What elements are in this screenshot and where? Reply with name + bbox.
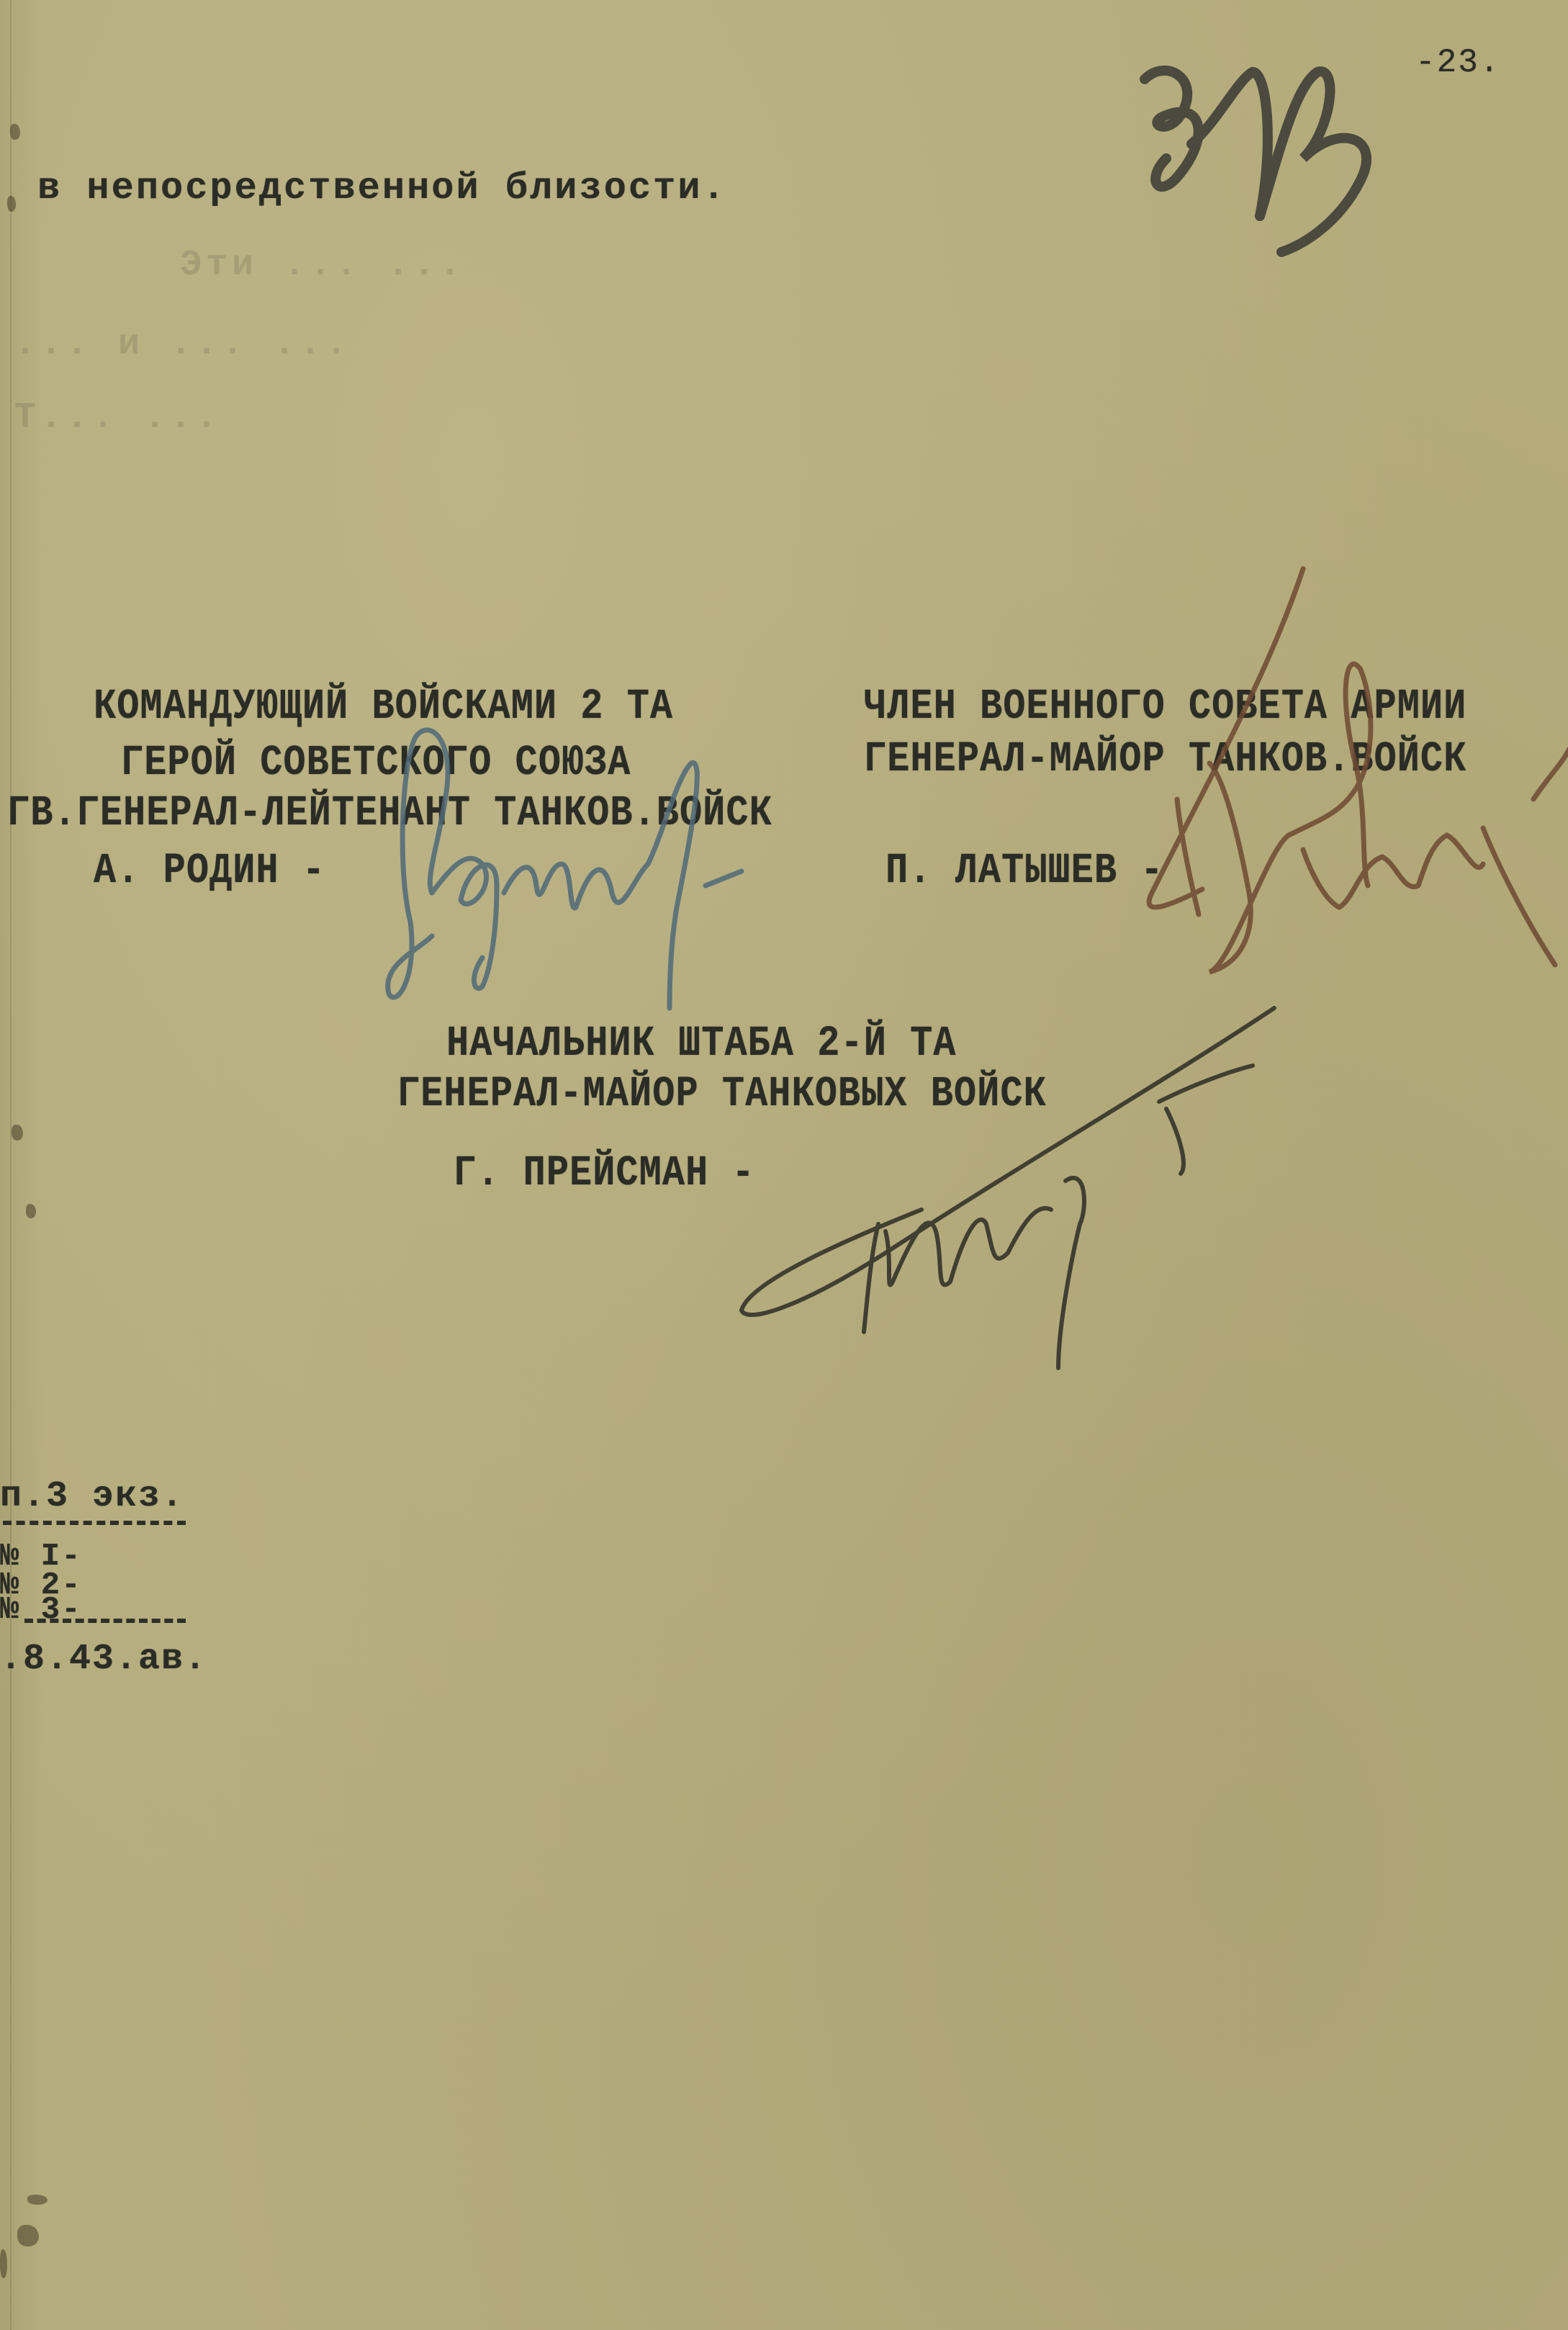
copies-count: п.3 экз. [0, 1479, 184, 1515]
dashed-separator [24, 1619, 186, 1623]
council-member-name: П. ЛАТЫШЕВ - [886, 850, 1163, 893]
commander-name: А. РОДИН - [94, 850, 325, 893]
bleed-through-line: ... и ... ... [14, 324, 351, 365]
bleed-through-line: Эти ... ... [180, 245, 465, 286]
binding-mark [0, 2249, 7, 2278]
signature-rodin [374, 720, 806, 1022]
binding-mark [27, 2195, 48, 2205]
binding-mark [17, 2225, 39, 2246]
signature-latyshev [1123, 562, 1568, 1008]
binding-mark [26, 1204, 36, 1218]
date-code: .8.43.ав. [0, 1642, 207, 1678]
binding-mark [12, 1125, 23, 1141]
binding-mark [10, 124, 20, 140]
opening-line: в непосредственной близости. [37, 170, 727, 207]
archive-number-text: 383 [1123, 57, 1125, 58]
bleed-through-line: Т... ... [14, 397, 222, 438]
chief-of-staff-name: Г. ПРЕЙСМАН - [454, 1152, 755, 1195]
paper-edge [10, 0, 12, 2330]
signature-preisman [720, 994, 1281, 1397]
dashed-separator [3, 1521, 186, 1525]
binding-mark [7, 196, 16, 212]
archive-number-mark: 383 [1123, 58, 1483, 274]
